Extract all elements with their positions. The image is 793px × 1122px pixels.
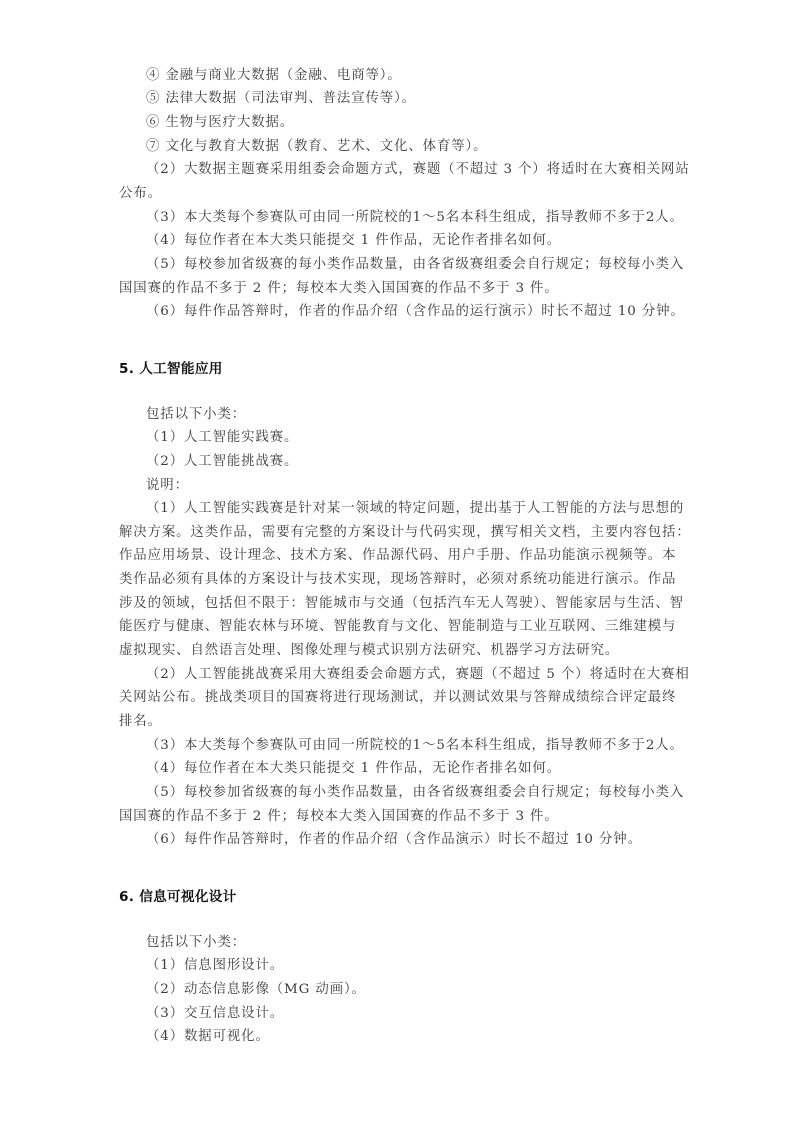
note-line-text: 涉及的领域，包括但不限于：智能城市与交通（包括汽车无人驾驶）、智能家居与生活、智 xyxy=(119,596,675,612)
subcategory-item: （1）信息图形设计。 xyxy=(146,958,284,974)
note-line: 能医疗与健康、智能农林与环境、智能教育与文化、智能制造与工业互联网、三维建模与 xyxy=(119,619,675,635)
subcategory-item: （4）数据可视化。 xyxy=(146,1029,270,1045)
note-line: （2）人工智能挑战赛采用大赛组委会命题方式，赛题（不超过 5 个）将适时在大赛相 xyxy=(146,667,676,683)
note-paragraph: （3）本大类每个参赛队可由同一所院校的1～5名本科生组成，指导教师不多于2人。 xyxy=(146,738,684,754)
section-intro: 包括以下小类： xyxy=(146,407,246,423)
note-line: 关网站公布。挑战类项目的国赛将进行现场测试，并以测试效果与答辩成绩综合评定最终 xyxy=(119,690,675,706)
topic-item: ④ 金融与商业大数据（金融、电商等）。 xyxy=(146,68,402,84)
note-line-text: 类作品必须有具体的方案设计与技术实现，现场答辩时，必须对系统功能进行演示。作品 xyxy=(119,572,675,588)
note-paragraph: （4）每位作者在本大类只能提交 1 件作品，无论作者排名如何。 xyxy=(146,233,561,249)
note-line: （5）每校参加省级赛的每小类作品数量，由各省级赛组委会自行规定；每校每小类入 xyxy=(146,785,676,801)
topic-item: ⑥ 生物与医疗大数据。 xyxy=(146,115,294,131)
note-paragraph: （2）人工智能挑战赛采用大赛组委会命题方式，赛题（不超过 5 个）将适时在大赛相 xyxy=(146,667,676,683)
note-paragraph: （5）每校参加省级赛的每小类作品数量，由各省级赛组委会自行规定；每校每小类入 xyxy=(146,257,676,273)
note-paragraph: （5）每校参加省级赛的每小类作品数量，由各省级赛组委会自行规定；每校每小类入 xyxy=(146,785,676,801)
subcategory-item: （2）动态信息影像（MG 动画）。 xyxy=(146,982,366,998)
subcategory-item: （2）人工智能挑战赛。 xyxy=(146,454,298,470)
note-line: （2）大数据主题赛采用组委会命题方式，赛题（不超过 3 个）将适时在大赛相关网站 xyxy=(146,162,676,178)
note-paragraph: （2）大数据主题赛采用组委会命题方式，赛题（不超过 3 个）将适时在大赛相关网站 xyxy=(146,162,676,178)
note-line: （5）每校参加省级赛的每小类作品数量，由各省级赛组委会自行规定；每校每小类入 xyxy=(146,257,676,273)
note-line: 作品应用场景、设计理念、技术方案、作品源代码、用户手册、作品功能演示视频等。本 xyxy=(119,548,675,564)
note-line: 解决方案。这类作品，需要有完整的方案设计与代码实现，撰写相关文档，主要内容包括： xyxy=(119,525,675,541)
note-line: 公布。 xyxy=(119,186,162,202)
note-paragraph: （1）人工智能实践赛是针对某一领域的特定问题，提出基于人工智能的方法与思想的 xyxy=(146,501,676,517)
note-line-text: 作品应用场景、设计理念、技术方案、作品源代码、用户手册、作品功能演示视频等。本 xyxy=(119,548,675,564)
topic-item: ⑦ 文化与教育大数据（教育、艺术、文化、体育等）。 xyxy=(146,139,487,155)
note-line: 涉及的领域，包括但不限于：智能城市与交通（包括汽车无人驾驶）、智能家居与生活、智 xyxy=(119,596,675,612)
note-line-text: 关网站公布。挑战类项目的国赛将进行现场测试，并以测试效果与答辩成绩综合评定最终 xyxy=(119,690,675,706)
note-line-text: 能医疗与健康、智能农林与环境、智能教育与文化、智能制造与工业互联网、三维建模与 xyxy=(119,619,675,635)
note-line: 虚拟现实、自然语言处理、图像处理与模式识别方法研究、机器学习方法研究。 xyxy=(119,643,619,659)
section-intro: 包括以下小类： xyxy=(146,935,246,951)
document-page: ④ 金融与商业大数据（金融、电商等）。 ⑤ 法律大数据（司法审判、普法宣传等）。… xyxy=(0,0,793,1122)
note-paragraph: （3）本大类每个参赛队可由同一所院校的1～5名本科生组成，指导教师不多于2人。 xyxy=(146,210,684,226)
subcategory-item: （3）交互信息设计。 xyxy=(146,1006,284,1022)
note-line: 类作品必须有具体的方案设计与技术实现，现场答辩时，必须对系统功能进行演示。作品 xyxy=(119,572,675,588)
section-heading-infovis: 6. 信息可视化设计 xyxy=(119,885,237,905)
note-line: （1）人工智能实践赛是针对某一领域的特定问题，提出基于人工智能的方法与思想的 xyxy=(146,501,676,517)
topic-item: ⑤ 法律大数据（司法审判、普法宣传等）。 xyxy=(146,91,416,107)
section-heading-ai: 5. 人工智能应用 xyxy=(119,357,223,377)
note-paragraph: （6）每件作品答辩时，作者的作品介绍（含作品演示）时长不超过 10 分钟。 xyxy=(146,832,642,848)
subcategory-item: （1）人工智能实践赛。 xyxy=(146,430,298,446)
explain-label: 说明： xyxy=(146,478,189,494)
note-line: 国国赛的作品不多于 2 件；每校本大类入国国赛的作品不多于 3 件。 xyxy=(119,809,559,825)
note-line: 排名。 xyxy=(119,714,162,730)
note-paragraph: （4）每位作者在本大类只能提交 1 件作品，无论作者排名如何。 xyxy=(146,761,561,777)
note-line: 国国赛的作品不多于 2 件；每校本大类入国国赛的作品不多于 3 件。 xyxy=(119,281,559,297)
note-paragraph: （6）每件作品答辩时，作者的作品介绍（含作品的运行演示）时长不超过 10 分钟。 xyxy=(146,304,685,320)
note-line-text: 解决方案。这类作品，需要有完整的方案设计与代码实现，撰写相关文档，主要内容包括： xyxy=(119,525,675,541)
